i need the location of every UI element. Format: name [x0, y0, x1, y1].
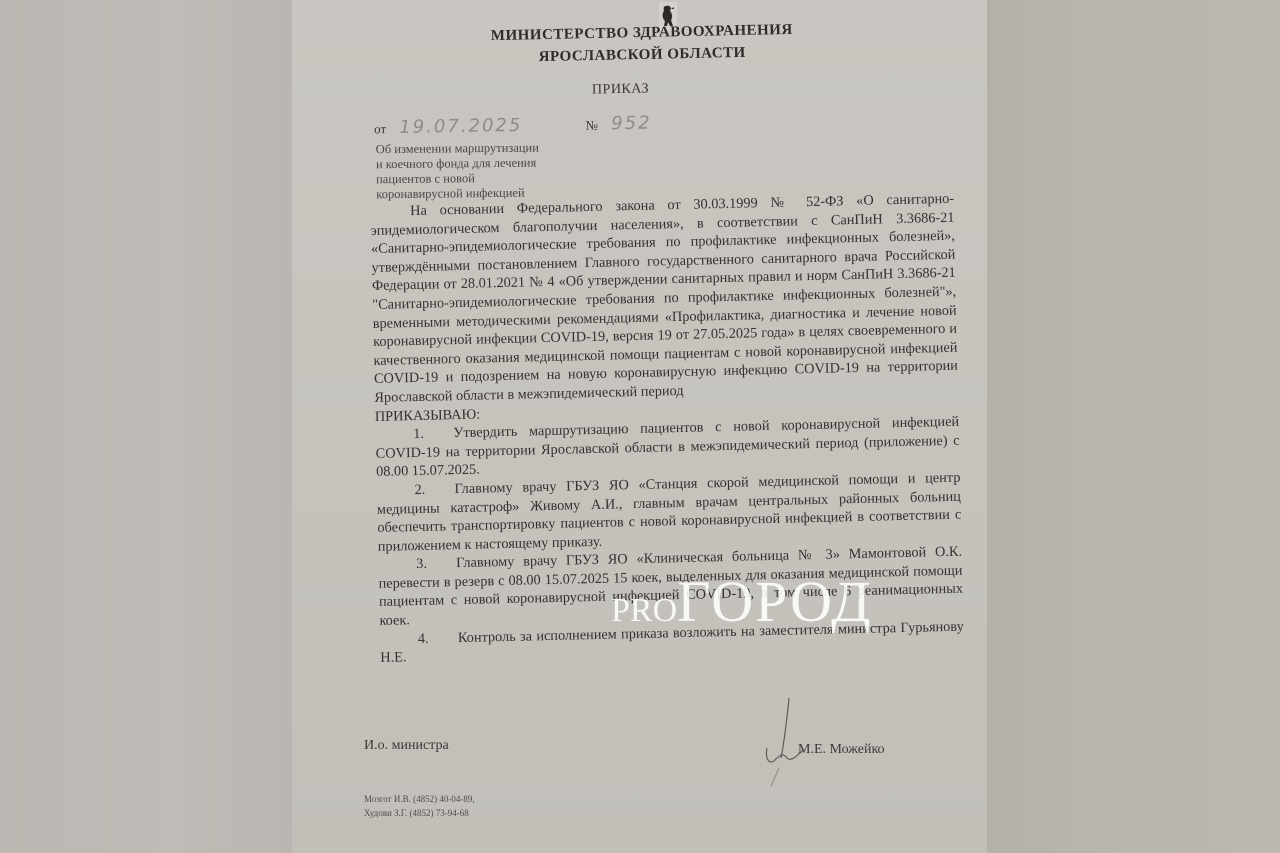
order-title: ПРИКАЗ	[592, 82, 649, 99]
signatory-name: М.Е. Можейко	[798, 742, 885, 758]
background-right	[987, 0, 1280, 853]
item-number: 1.	[413, 424, 453, 443]
date-label: от	[374, 121, 386, 136]
order-date-line: от 19.07.2025 № 952	[374, 113, 652, 139]
item-number: 4.	[418, 629, 458, 648]
item-number: 3.	[416, 554, 456, 573]
handwritten-number: 952	[611, 113, 652, 135]
signatory-title: И.о. министра	[364, 738, 449, 754]
watermark-main: ГОРОД	[677, 569, 873, 634]
order-subject: Об изменении маршрутизации и коечного фо…	[376, 140, 607, 202]
document-header: МИНИСТЕРСТВО ЗДРАВООХРАНЕНИЯ ЯРОСЛАВСКОЙ…	[462, 18, 823, 70]
watermark-prefix: PRO	[611, 592, 677, 629]
watermark: PROГОРОД	[611, 568, 873, 635]
preamble-paragraph: На основании Федерального закона от 30.0…	[370, 190, 958, 408]
handwritten-date: 19.07.2025	[399, 115, 522, 138]
order-item: 2.Главному врачу ГБУЗ ЯО «Станция скорой…	[376, 469, 962, 557]
number-label: №	[585, 118, 598, 133]
contact-info: Мозгот И.В. (4852) 40-04-89, Худови З.Г.…	[364, 792, 475, 820]
contact-line: Худови З.Г. (4852) 73-94-68	[364, 806, 475, 820]
background-left	[0, 0, 292, 853]
document-page: МИНИСТЕРСТВО ЗДРАВООХРАНЕНИЯ ЯРОСЛАВСКОЙ…	[292, 0, 987, 853]
item-text: Главному врачу ГБУЗ ЯО «Станция скорой м…	[377, 470, 962, 555]
contact-line: Мозгот И.В. (4852) 40-04-89,	[364, 792, 475, 806]
item-number: 2.	[414, 480, 454, 499]
